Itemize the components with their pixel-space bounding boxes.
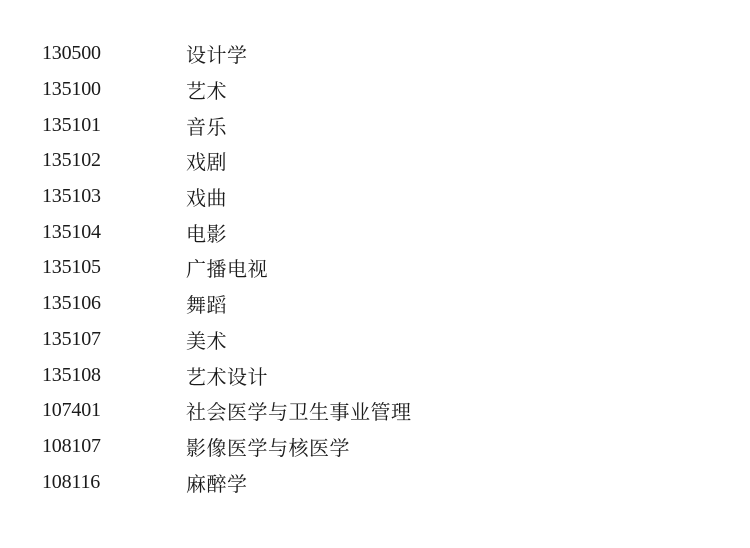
discipline-code: 135102: [42, 149, 101, 172]
list-item: 135103 戏曲: [42, 179, 702, 215]
discipline-name: 音乐: [186, 111, 227, 140]
list-item: 135106 舞蹈: [42, 286, 702, 322]
discipline-code: 107401: [42, 399, 101, 422]
discipline-code-list: 130500 设计学 135100 艺术 135101 音乐 135102 戏剧…: [42, 36, 702, 500]
list-item: 135107 美术: [42, 322, 702, 358]
discipline-name: 麻醉学: [186, 468, 248, 497]
discipline-name: 社会医学与卫生事业管理: [186, 396, 412, 425]
discipline-name: 影像医学与核医学: [186, 432, 350, 461]
discipline-code: 135104: [42, 221, 101, 244]
discipline-code: 135101: [42, 114, 101, 137]
list-item: 108116 麻醉学: [42, 464, 702, 500]
list-item: 130500 设计学: [42, 36, 702, 72]
list-item: 135102 戏剧: [42, 143, 702, 179]
discipline-code: 108107: [42, 435, 101, 458]
list-item: 135104 电影: [42, 214, 702, 250]
discipline-name: 戏曲: [186, 182, 227, 211]
discipline-name: 电影: [186, 218, 227, 247]
discipline-name: 艺术设计: [186, 361, 268, 390]
discipline-code: 130500: [42, 42, 101, 65]
discipline-name: 艺术: [186, 75, 227, 104]
discipline-code: 135107: [42, 328, 101, 351]
list-item: 108107 影像医学与核医学: [42, 429, 702, 465]
discipline-code: 135100: [42, 78, 101, 101]
discipline-name: 舞蹈: [186, 289, 227, 318]
list-item: 135105 广播电视: [42, 250, 702, 286]
list-item: 135108 艺术设计: [42, 357, 702, 393]
list-item: 107401 社会医学与卫生事业管理: [42, 393, 702, 429]
discipline-code: 135106: [42, 292, 101, 315]
list-item: 135100 艺术: [42, 72, 702, 108]
discipline-name: 广播电视: [186, 253, 268, 282]
discipline-name: 美术: [186, 325, 227, 354]
discipline-code: 135105: [42, 256, 101, 279]
discipline-code: 135108: [42, 364, 101, 387]
discipline-name: 戏剧: [186, 146, 227, 175]
discipline-code: 135103: [42, 185, 101, 208]
list-item: 135101 音乐: [42, 107, 702, 143]
discipline-code: 108116: [42, 471, 100, 494]
discipline-name: 设计学: [186, 39, 248, 68]
